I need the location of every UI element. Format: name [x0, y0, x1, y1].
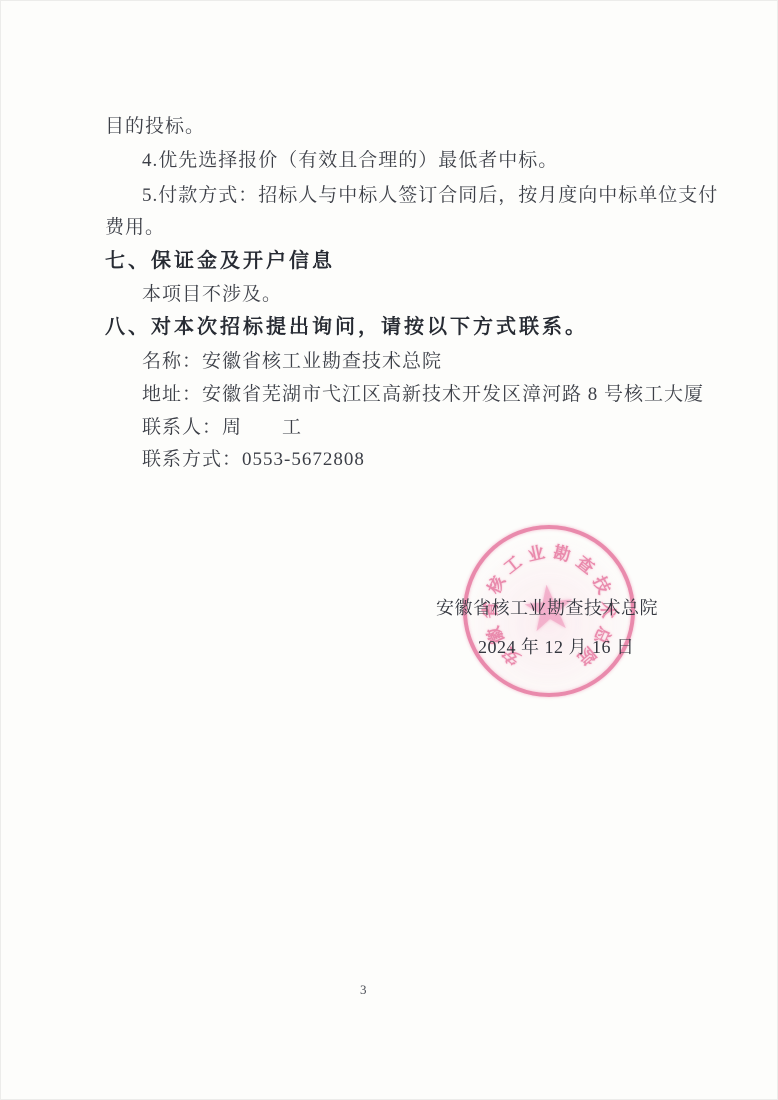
signature-organization: 安徽省核工业勘查技术总院 — [436, 594, 658, 620]
paragraph-tail: 目的投标。 — [105, 116, 205, 138]
contact-address: 地址：安徽省芜湖市弋江区高新技术开发区漳河路 8 号核工大厦 — [142, 384, 704, 406]
list-item-4: 4.优先选择报价（有效且合理的）最低者中标。 — [142, 150, 558, 172]
list-item-5-tail: 费用。 — [105, 217, 165, 239]
list-item-5: 5.付款方式：招标人与中标人签订合同后，按月度向中标单位支付 — [142, 185, 718, 207]
contact-name: 名称：安徽省核工业勘查技术总院 — [142, 351, 442, 373]
signature-date: 2024 年 12 月 16 日 — [478, 633, 635, 659]
section-heading-7: 七、保证金及开户信息 — [105, 250, 335, 273]
section-7-body: 本项目不涉及。 — [142, 284, 282, 306]
document-page: 目的投标。 4.优先选择报价（有效且合理的）最低者中标。 5.付款方式：招标人与… — [0, 0, 778, 1100]
page-number: 3 — [360, 982, 367, 998]
seal-ring-char: 业 — [522, 538, 548, 564]
section-heading-8: 八、对本次招标提出询问，请按以下方式联系。 — [105, 316, 588, 339]
contact-person: 联系人：周 工 — [142, 417, 302, 439]
seal-ring-char: 勘 — [549, 538, 575, 564]
contact-phone: 联系方式：0553-5672808 — [142, 449, 365, 471]
